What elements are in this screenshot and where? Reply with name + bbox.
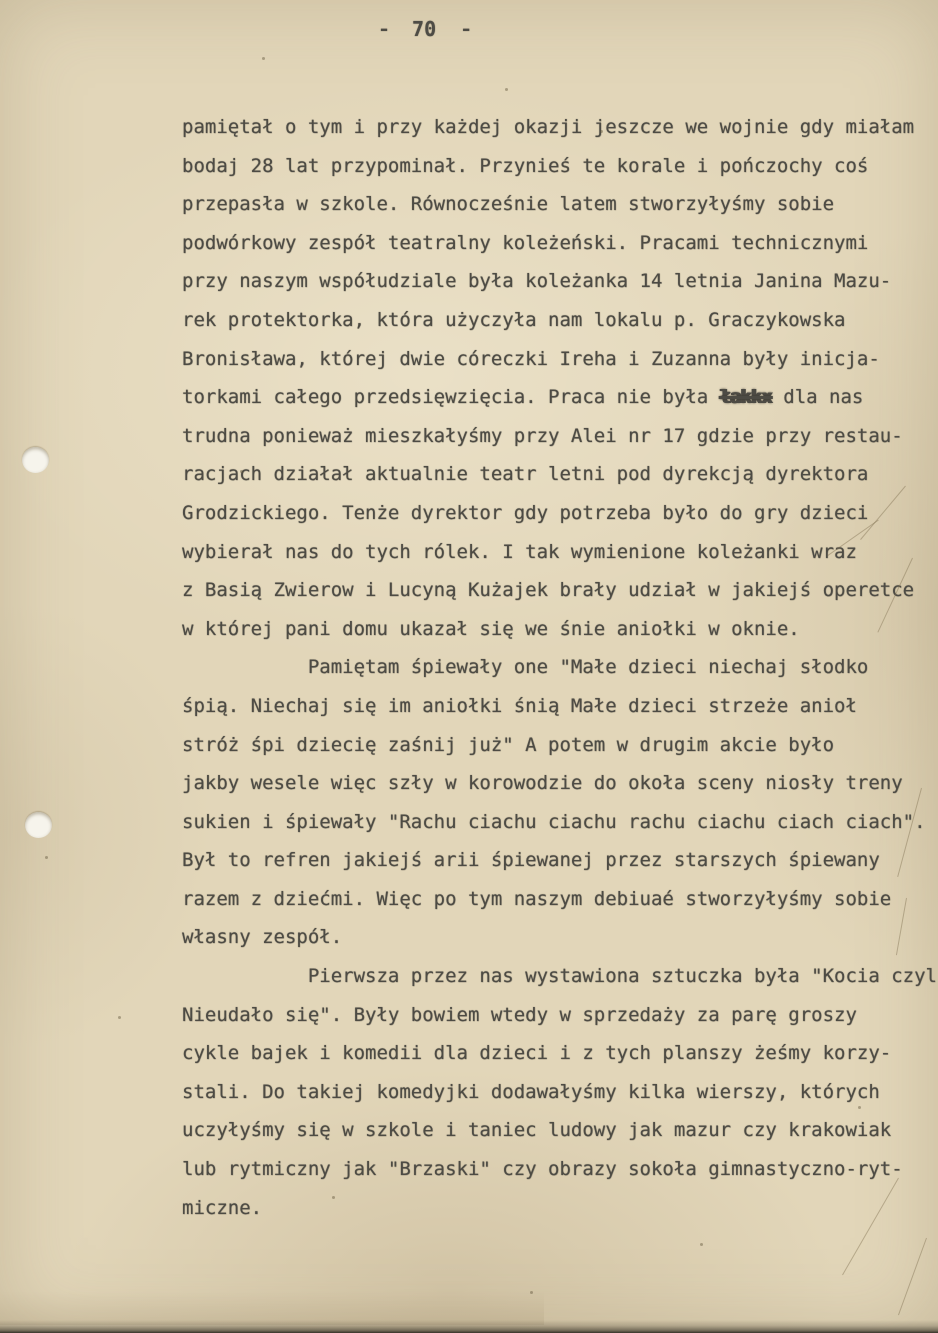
hole-punch-bottom xyxy=(25,812,52,838)
text-segment: torkami całego przedsięwzięcia. Praca ni… xyxy=(182,386,720,408)
header-dash-right: - xyxy=(460,19,470,38)
text-segment: miczne. xyxy=(182,1197,262,1219)
text-segment: lub rytmiczny jak "Brzaski" czy obrazy s… xyxy=(182,1158,903,1180)
text-line: podwórkowy zespół teatralny koleżeński. … xyxy=(182,224,938,263)
text-line: z Basią Zwierow i Lucyną Kużajek brały u… xyxy=(182,571,938,610)
header-dash-left: - xyxy=(378,19,388,38)
text-line: stróż śpi dziecię zaśnij już" A potem w … xyxy=(182,726,938,765)
text-line: Pamiętam śpiewały one "Małe dzieci niech… xyxy=(182,648,938,687)
paper-speck xyxy=(505,88,508,91)
text-line: cykle bajek i komedii dla dzieci i z tyc… xyxy=(182,1034,938,1073)
text-segment: w której pani domu ukazał się we śnie an… xyxy=(182,618,800,640)
text-segment: Był to refren jakiejś arii śpiewanej prz… xyxy=(182,849,880,871)
text-segment: rek protektorka, która użyczyła nam loka… xyxy=(182,309,845,331)
text-line: trudna ponieważ mieszkałyśmy przy Alei n… xyxy=(182,417,938,456)
text-segment: Pierwsza przez nas wystawiona sztuczka b… xyxy=(182,965,937,987)
overstruck-word: łakkx xyxy=(720,386,772,408)
text-segment: podwórkowy zespół teatralny koleżeński. … xyxy=(182,232,868,254)
text-segment: uczyłyśmy się w szkole i taniec ludowy j… xyxy=(182,1119,891,1141)
text-line: stali. Do takiej komedyjki dodawałyśmy k… xyxy=(182,1073,938,1112)
paper-speck xyxy=(118,1016,121,1019)
text-line: pamiętał o tym i przy każdej okazji jesz… xyxy=(182,108,938,147)
text-line: Był to refren jakiejś arii śpiewanej prz… xyxy=(182,841,938,880)
text-segment: własny zespół. xyxy=(182,926,342,948)
paper-crease xyxy=(898,1238,927,1315)
hole-punch-top xyxy=(22,447,49,473)
text-line: uczyłyśmy się w szkole i taniec ludowy j… xyxy=(182,1111,938,1150)
text-segment: przy naszym współudziale była koleżanka … xyxy=(182,270,891,292)
paper-speck xyxy=(240,470,243,473)
text-line: Pierwsza przez nas wystawiona sztuczka b… xyxy=(182,957,938,996)
scanned-page: - 70 - pamiętał o tym i przy każdej okaz… xyxy=(0,0,938,1333)
text-line: miczne. xyxy=(182,1189,938,1228)
text-segment: stali. Do takiej komedyjki dodawałyśmy k… xyxy=(182,1081,880,1103)
paper-speck xyxy=(332,1196,335,1199)
text-line: przepasła w szkole. Równocześnie latem s… xyxy=(182,185,938,224)
text-line: racjach działał aktualnie teatr letni po… xyxy=(182,455,938,494)
page-header: - 70 - xyxy=(378,17,470,41)
text-segment: bodaj 28 lat przypominał. Przynieś te ko… xyxy=(182,155,868,177)
text-line: Nieudało się". Były bowiem wtedy w sprze… xyxy=(182,996,938,1035)
text-segment: z Basią Zwierow i Lucyną Kużajek brały u… xyxy=(182,579,914,601)
text-segment: Bronisława, której dwie córeczki Ireha i… xyxy=(182,348,880,370)
page-bottom-edge xyxy=(0,1320,938,1333)
text-segment: trudna ponieważ mieszkałyśmy przy Alei n… xyxy=(182,425,903,447)
text-line: rek protektorka, która użyczyła nam loka… xyxy=(182,301,938,340)
text-line: Grodzickiego. Tenże dyrektor gdy potrzeb… xyxy=(182,494,938,533)
text-line: Bronisława, której dwie córeczki Ireha i… xyxy=(182,340,938,379)
text-line: sukien i śpiewały "Rachu ciachu ciachu r… xyxy=(182,803,938,842)
text-segment: Nieudało się". Były bowiem wtedy w sprze… xyxy=(182,1004,857,1026)
text-segment: racjach działał aktualnie teatr letni po… xyxy=(182,463,868,485)
text-segment: cykle bajek i komedii dla dzieci i z tyc… xyxy=(182,1042,891,1064)
text-segment: dla nas xyxy=(772,386,864,408)
text-segment: stróż śpi dziecię zaśnij już" A potem w … xyxy=(182,734,834,756)
text-line: własny zespół. xyxy=(182,918,938,957)
text-segment: przepasła w szkole. Równocześnie latem s… xyxy=(182,193,834,215)
text-block: pamiętał o tym i przy każdej okazji jesz… xyxy=(182,108,938,1227)
text-segment: jakby wesele więc szły w korowodzie do o… xyxy=(182,772,903,794)
text-line: lub rytmiczny jak "Brzaski" czy obrazy s… xyxy=(182,1150,938,1189)
text-segment: pamiętał o tym i przy każdej okazji jesz… xyxy=(182,116,914,138)
text-line: w której pani domu ukazał się we śnie an… xyxy=(182,610,938,649)
paper-speck xyxy=(45,856,48,859)
text-segment: wybierał nas do tych rólek. I tak wymien… xyxy=(182,541,857,563)
text-line: jakby wesele więc szły w korowodzie do o… xyxy=(182,764,938,803)
text-segment: sukien i śpiewały "Rachu ciachu ciachu r… xyxy=(182,811,926,833)
paper-speck xyxy=(600,130,603,133)
text-line: śpią. Niechaj się im aniołki śnią Małe d… xyxy=(182,687,938,726)
text-segment: razem z dziećmi. Więc po tym naszym debi… xyxy=(182,888,891,910)
page-number: 70 xyxy=(412,17,436,41)
paper-speck xyxy=(700,1243,703,1246)
text-line: przy naszym współudziale była koleżanka … xyxy=(182,262,938,301)
paper-speck xyxy=(262,57,265,60)
text-line: bodaj 28 lat przypominał. Przynieś te ko… xyxy=(182,147,938,186)
text-segment: śpią. Niechaj się im aniołki śnią Małe d… xyxy=(182,695,857,717)
text-line: torkami całego przedsięwzięcia. Praca ni… xyxy=(182,378,938,417)
paper-speck xyxy=(858,1106,861,1109)
text-line: razem z dziećmi. Więc po tym naszym debi… xyxy=(182,880,938,919)
text-segment: Grodzickiego. Tenże dyrektor gdy potrzeb… xyxy=(182,502,868,524)
text-segment: Pamiętam śpiewały one "Małe dzieci niech… xyxy=(182,656,868,678)
text-line: wybierał nas do tych rólek. I tak wymien… xyxy=(182,533,938,572)
